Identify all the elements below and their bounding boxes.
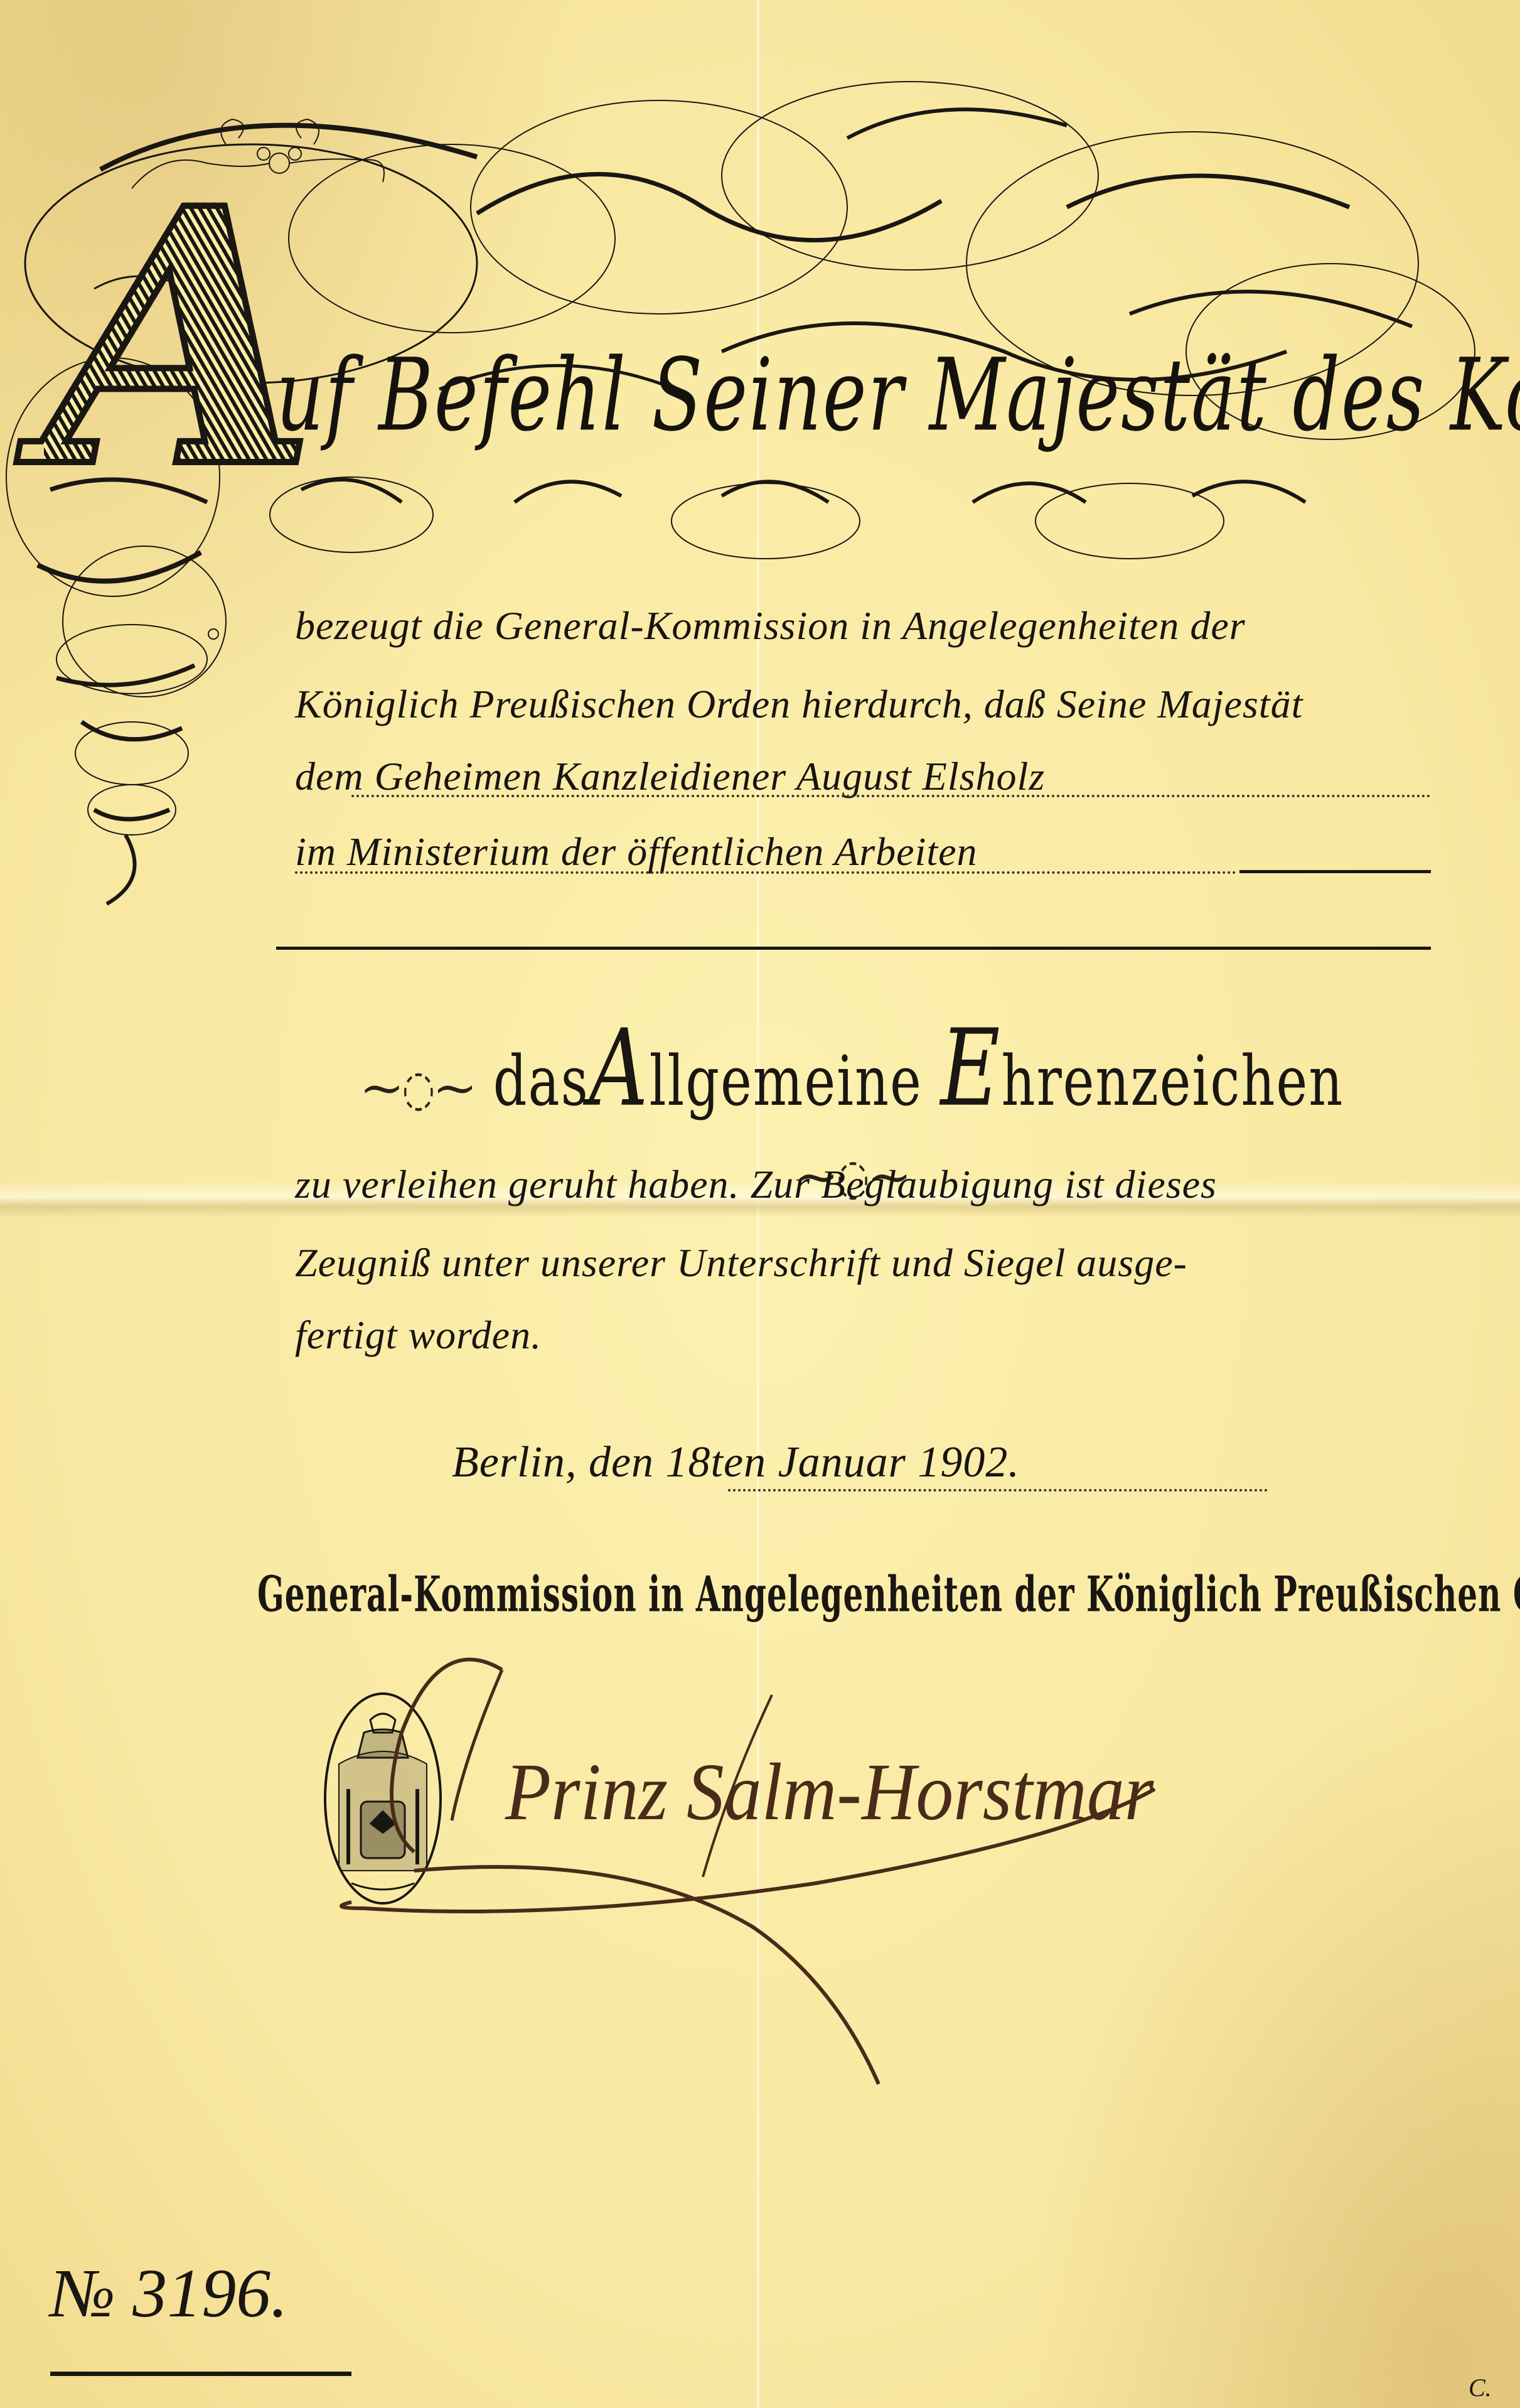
- signature-flourish: [0, 0, 1520, 2408]
- number-sign: №: [50, 2255, 115, 2331]
- number-value: 3196.: [132, 2255, 288, 2331]
- corner-mark: C.: [1469, 2373, 1492, 2402]
- document-number: № 3196.: [50, 2254, 288, 2333]
- certificate-page: A uf Befehl Seiner Majestät des Königs b…: [0, 0, 1520, 2408]
- document-number-underline: [50, 2372, 351, 2376]
- signature: Prinz Salm-Horstmar: [505, 1745, 1153, 1839]
